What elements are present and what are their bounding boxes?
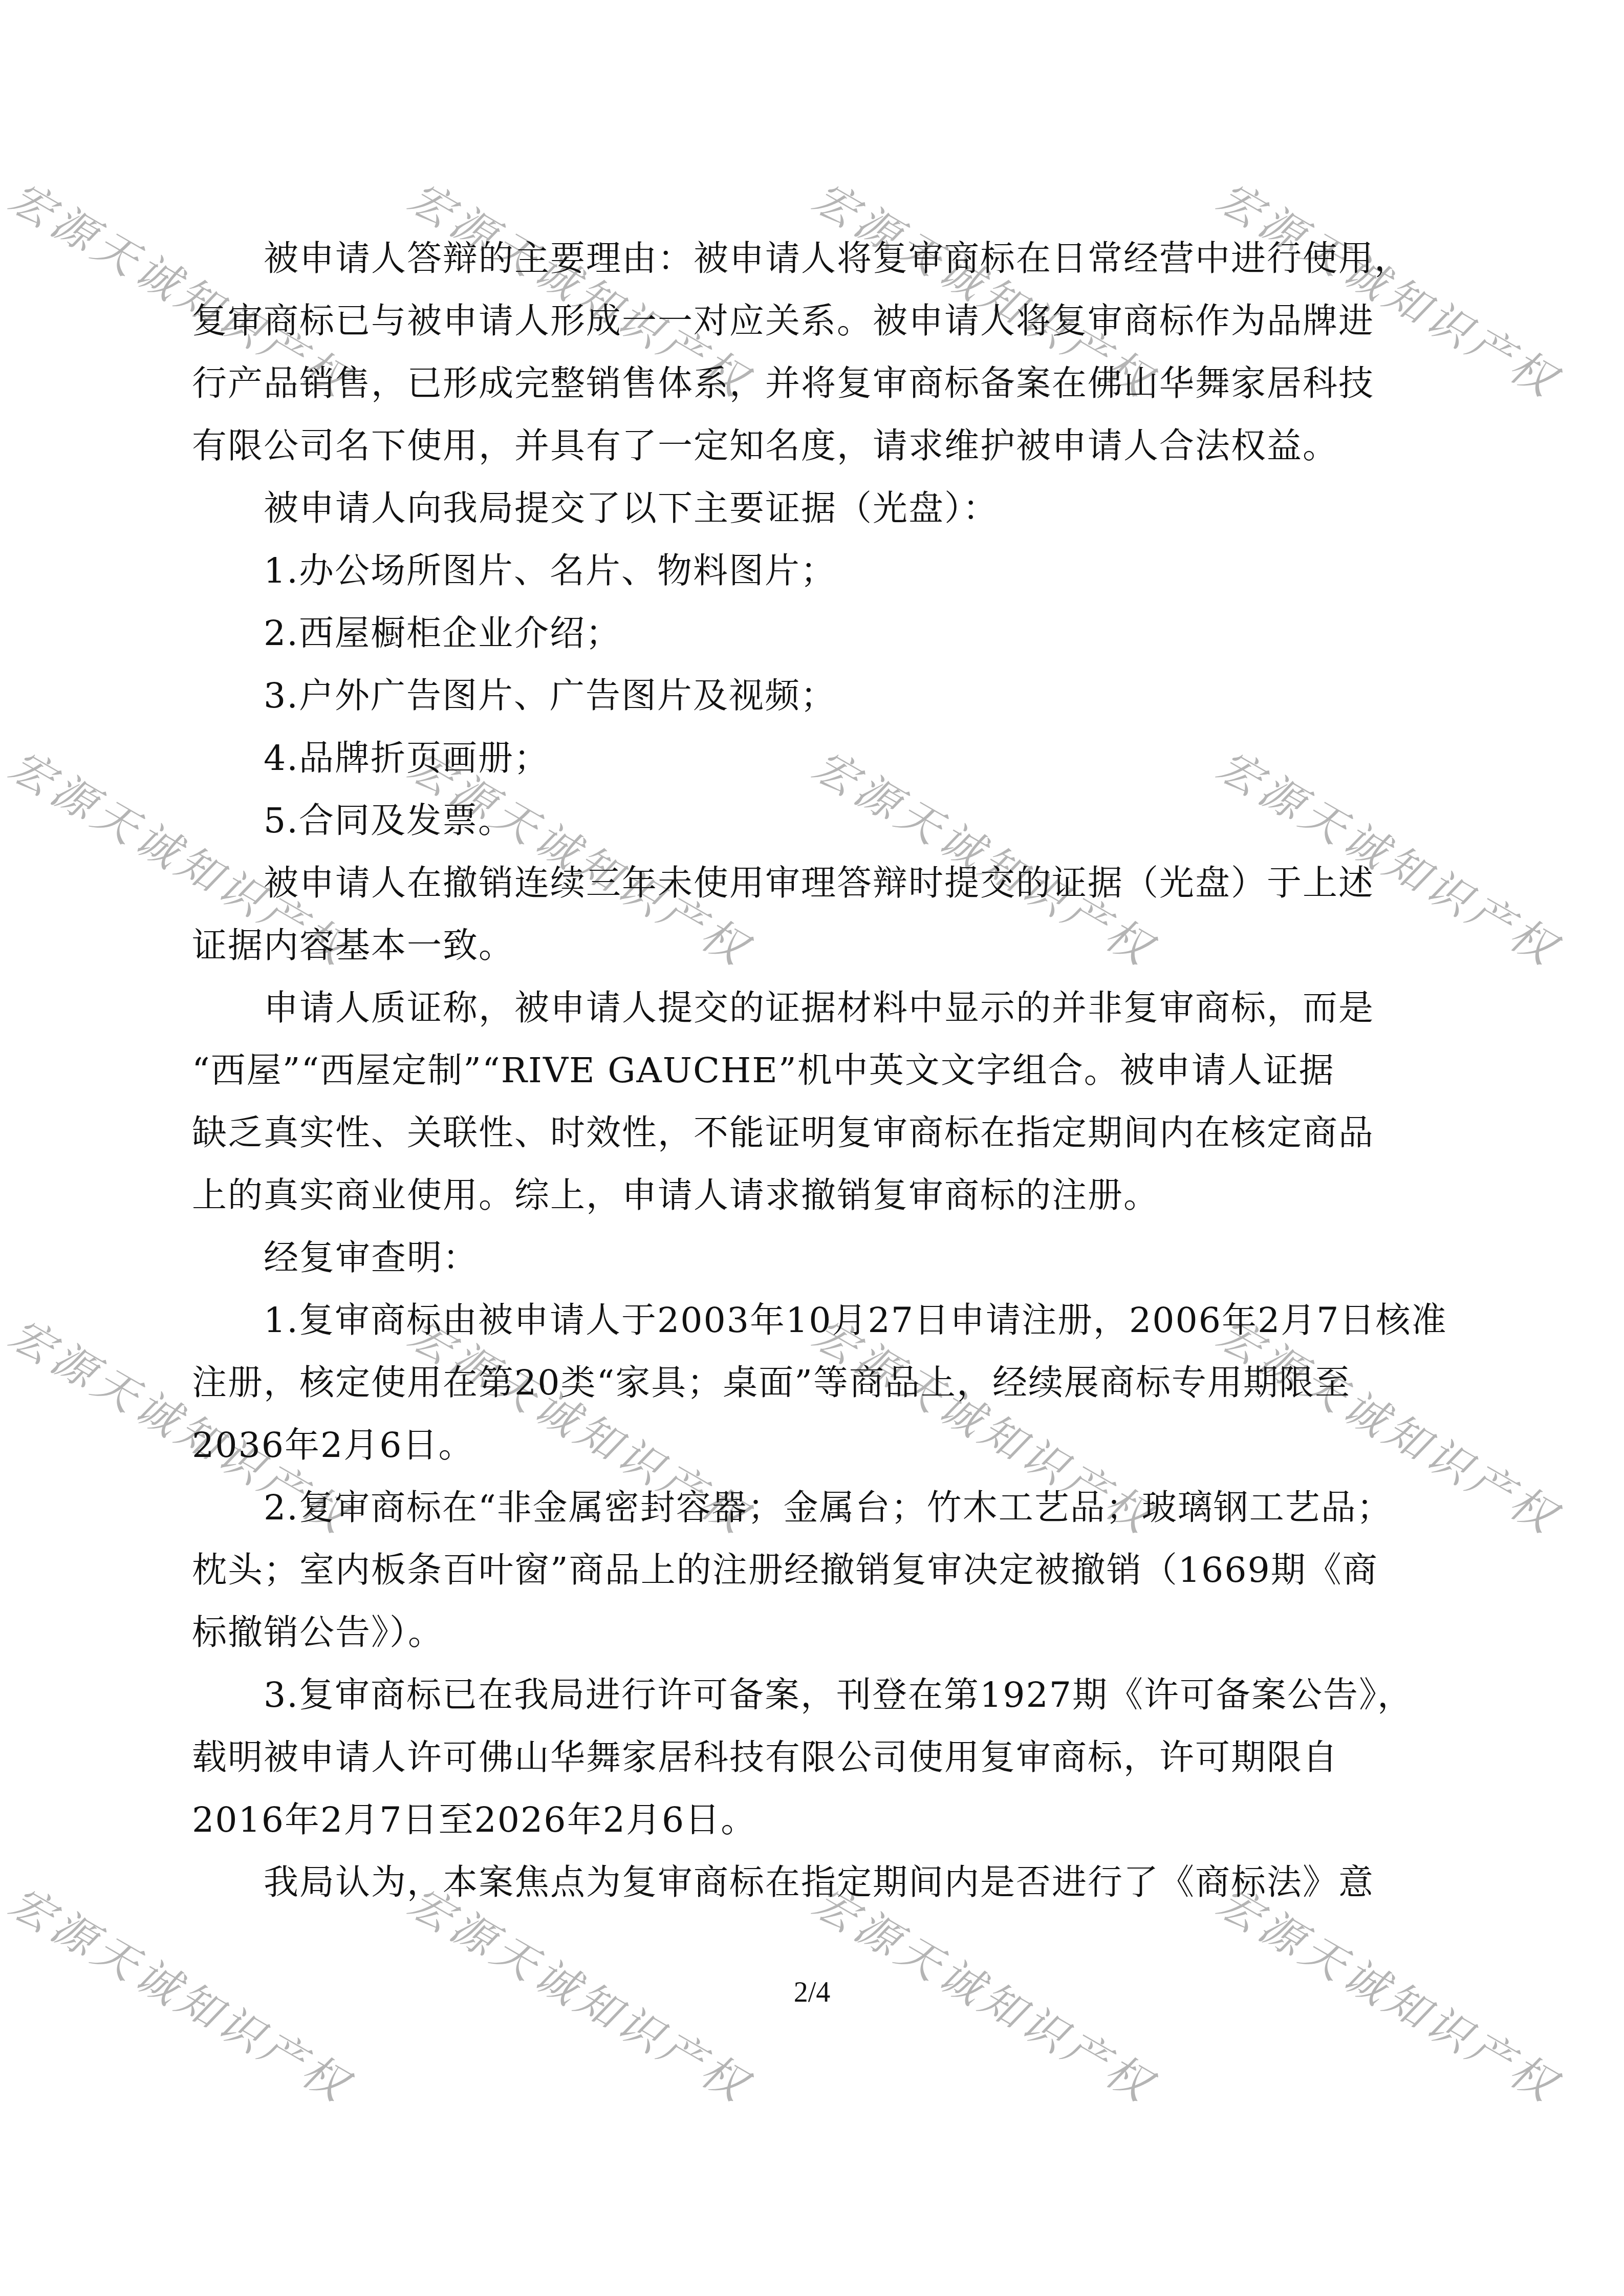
text-line: 被申请人答辩的主要理由：被申请人将复审商标在日常经营中进行使用，: [192, 228, 1431, 290]
text-line: 标撤销公告》）。: [192, 1602, 1431, 1664]
text-line: 3.复审商标已在我局进行许可备案，刊登在第1927期《许可备案公告》，: [192, 1664, 1431, 1727]
text-line: 缺乏真实性、关联性、时效性，不能证明复审商标在指定期间内在核定商品: [192, 1102, 1431, 1165]
text-line: 1.复审商标由被申请人于2003年10月27日申请注册，2006年2月7日核准: [192, 1290, 1431, 1352]
text-line: 载明被申请人许可佛山华舞家居科技有限公司使用复审商标，许可期限自: [192, 1727, 1431, 1789]
text-line: 5.合同及发票。: [192, 790, 1431, 852]
text-line: 上的真实商业使用。综上，申请人请求撤销复审商标的注册。: [192, 1165, 1431, 1227]
text-line: 行产品销售，已形成完整销售体系，并将复审商标备案在佛山华舞家居科技: [192, 353, 1431, 415]
text-line: 注册，核定使用在第20类“家具；桌面”等商品上，经续展商标专用期限至: [192, 1352, 1431, 1414]
text-line: 枕头；室内板条百叶窗”商品上的注册经撤销复审决定被撤销（1669期《商: [192, 1539, 1431, 1602]
text-line: 1.办公场所图片、名片、物料图片；: [192, 540, 1431, 603]
text-line: 2036年2月6日。: [192, 1414, 1431, 1477]
text-line: 有限公司名下使用，并具有了一定知名度，请求维护被申请人合法权益。: [192, 415, 1431, 478]
text-line: 被申请人在撤销连续三年未使用审理答辩时提交的证据（光盘）于上述: [192, 852, 1431, 915]
text-line: 2016年2月7日至2026年2月6日。: [192, 1789, 1431, 1852]
text-line: 3.户外广告图片、广告图片及视频；: [192, 665, 1431, 727]
document-body: 被申请人答辩的主要理由：被申请人将复审商标在日常经营中进行使用，复审商标已与被申…: [192, 228, 1431, 1914]
text-line: 复审商标已与被申请人形成一一对应关系。被申请人将复审商标作为品牌进: [192, 290, 1431, 353]
text-line: 被申请人向我局提交了以下主要证据（光盘）：: [192, 478, 1431, 540]
text-line: 证据内容基本一致。: [192, 915, 1431, 977]
page-number: 2/4: [0, 1976, 1624, 2009]
document-page: 宏源天诚知识产权宏源天诚知识产权宏源天诚知识产权宏源天诚知识产权宏源天诚知识产权…: [0, 0, 1624, 2296]
text-line: 2.复审商标在“非金属密封容器；金属台；竹木工艺品；玻璃钢工艺品；: [192, 1477, 1431, 1539]
text-line: 我局认为，本案焦点为复审商标在指定期间内是否进行了《商标法》意: [192, 1852, 1431, 1914]
text-line: 申请人质证称，被申请人提交的证据材料中显示的并非复审商标，而是: [192, 977, 1431, 1040]
text-line: 4.品牌折页画册；: [192, 727, 1431, 790]
text-line: 2.西屋橱柜企业介绍；: [192, 603, 1431, 665]
text-line: “西屋”“西屋定制”“RIVE GAUCHE”机中英文文字组合。被申请人证据: [192, 1040, 1431, 1102]
text-line: 经复审查明：: [192, 1227, 1431, 1290]
